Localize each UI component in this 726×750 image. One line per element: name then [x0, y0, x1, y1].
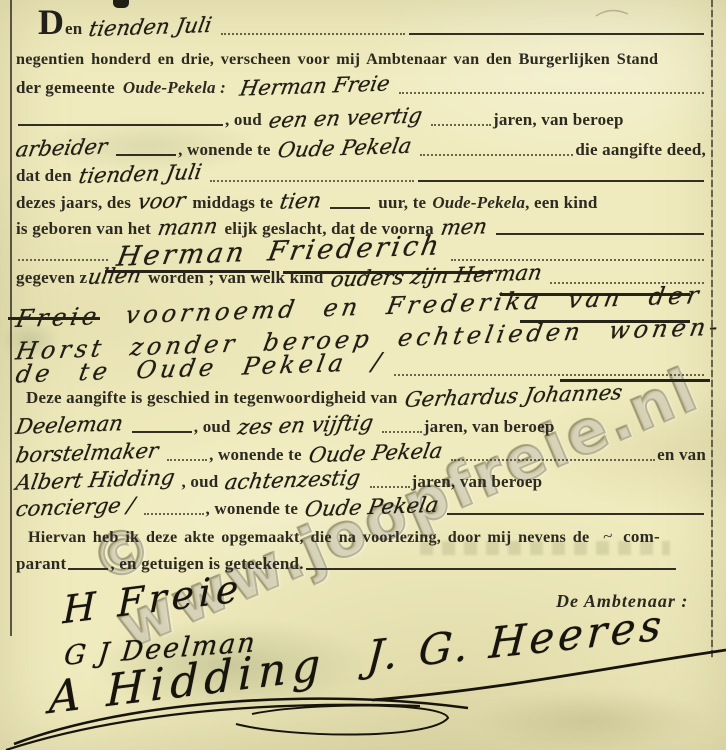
line-parents-4: de te Oude Pekela / [16, 356, 706, 380]
dotted-rule [431, 124, 491, 126]
printed-text: en van [657, 445, 706, 465]
line-year: negentien honderd en drie, verscheen voo… [16, 50, 706, 69]
pen-squiggle: ~ [601, 525, 615, 548]
dotted-rule [420, 154, 573, 156]
uur-handwriting: tien [278, 190, 323, 213]
line-witness1-beroep: borstelmaker , wonende te Oude Pekela en… [16, 443, 706, 465]
dotted-rule [394, 374, 704, 376]
line-age: , oud een en veertig jaren, van beroep [16, 108, 706, 130]
signature-declarant: H Freie [62, 569, 243, 630]
printed-text: Deze aangifte is geschied in tegenwoordi… [26, 388, 398, 408]
line-beroep: arbeider , wonende te Oude Pekela die aa… [16, 138, 706, 160]
printed-text: , wonende te [178, 140, 271, 160]
printed-text: dat den [16, 166, 72, 186]
printed-text: jaren, van beroep [412, 472, 543, 492]
witness1-names-handwriting: Gerhardus Johannes [403, 382, 624, 411]
gender-handwriting: mann [156, 216, 219, 239]
line-witness2: Albert Hidding , oud achtenzestig jaren,… [16, 470, 706, 492]
printed-text: worden ; van welk kind [148, 268, 323, 288]
witness1-plaats-handwriting: Oude Pekela [307, 441, 444, 467]
zullen-handwriting: ullen [86, 265, 143, 288]
printed-text: Hiervan heb ik deze akte opgemaakt, die … [28, 528, 589, 547]
printed-text: dezes jaars, des [16, 193, 131, 213]
dotted-rule [210, 180, 414, 182]
cropped-text-fragment [113, 0, 129, 8]
printed-text: com- [623, 527, 660, 547]
parents-handwriting: de te Oude Pekela / [14, 349, 387, 386]
printed-text: , oud [182, 472, 219, 492]
declarant-handwriting: Herman Freie [238, 73, 391, 99]
printed-text: , oud [194, 417, 231, 437]
solid-rule [447, 513, 704, 515]
date-handwriting: tienden Juli [88, 15, 214, 40]
printed-text: die aangifte deed, [575, 140, 706, 160]
paper-stain [470, 690, 710, 750]
birth-certificate-scan: © www.joopfreie.nl Den tienden Juli nege… [0, 0, 726, 750]
line-hour: dezes jaars, des voor middags te tien uu… [16, 191, 706, 213]
solid-rule [306, 568, 676, 570]
line-closing-2: parant , en getuigen is geteekend. [16, 554, 706, 574]
dotted-rule [451, 259, 704, 261]
witness2-name-handwriting: Albert Hidding [14, 467, 176, 494]
dotted-rule [18, 259, 108, 261]
line-witness-intro: Deze aangifte is geschied in tegenwoordi… [16, 386, 706, 408]
witness2-beroep-handwriting: concierge / [14, 495, 136, 520]
dotted-rule [451, 459, 655, 461]
den-label: en [65, 19, 82, 39]
witness1-beroep-handwriting: borstelmaker [14, 440, 160, 466]
birthdate-handwriting: tienden Juli [77, 162, 203, 187]
printed-text: , een kind [525, 193, 597, 213]
witness1-surname-handwriting: Deeleman [14, 413, 124, 438]
printed-text: gegeven z [16, 268, 87, 288]
voorna-handwriting: men [439, 216, 489, 239]
signature-ambtenaar: J. G. Heeres [365, 604, 666, 678]
printed-text: jaren, van beroep [493, 110, 624, 130]
witness1-age-handwriting: zes en vijftig [236, 413, 375, 439]
drop-cap-D: D [38, 12, 64, 32]
witness2-plaats-handwriting: Oude Pekela [303, 495, 440, 521]
dotted-rule [382, 431, 422, 433]
printed-text: , oud [225, 110, 262, 130]
place-name: Oude-Pekela [432, 193, 525, 213]
solid-rule [18, 124, 223, 126]
printed-text: is geboren van het [16, 219, 151, 239]
line-child-name: Herman Friederich [16, 238, 706, 265]
line-date: Den tienden Juli [16, 12, 706, 39]
solid-rule [330, 207, 370, 209]
gemeente-name: Oude-Pekela : [123, 78, 226, 98]
printed-text: jaren, van beroep [424, 417, 555, 437]
printed-text: negentien honderd en drie, verscheen voo… [16, 50, 658, 69]
dotted-rule [399, 92, 704, 94]
ouders-handwriting: ouders zijn Herman [329, 262, 543, 290]
age-handwriting: een en veertig [267, 105, 424, 131]
solid-rule [496, 233, 704, 235]
line-gemeente: der gemeente Oude-Pekela : Herman Freie [16, 76, 706, 98]
line-closing-1: Hiervan heb ik deze akte opgemaakt, die … [16, 526, 706, 547]
solid-rule [409, 33, 704, 35]
printed-text: parant [16, 554, 66, 574]
solid-rule [418, 180, 704, 182]
solid-rule [132, 431, 192, 433]
dotted-rule [370, 486, 410, 488]
dotted-rule [221, 33, 405, 35]
printed-text: middags te [192, 193, 273, 213]
dotted-rule [167, 459, 207, 461]
printed-text: uur, te [378, 193, 426, 213]
line-witness2-beroep: concierge / , wonende te Oude Pekela [16, 497, 706, 519]
dagdeel-handwriting: voor [136, 190, 187, 213]
woonplaats-handwriting: Oude Pekela [276, 136, 413, 162]
solid-rule [116, 154, 176, 156]
printed-text: , wonende te [209, 445, 302, 465]
line-parents-2: Freie voornoemd en Frederika van der [16, 295, 706, 319]
line-birthdate: dat den tienden Juli [16, 164, 706, 186]
beroep-handwriting: arbeider [14, 136, 109, 160]
witness2-age-handwriting: achtenzestig [224, 468, 363, 494]
line-witness1: Deeleman , oud zes en vijftig jaren, van… [16, 415, 706, 437]
printed-text: der gemeente [16, 78, 115, 98]
printed-text: , wonende te [206, 499, 299, 519]
emphasis-bar [8, 317, 100, 320]
dotted-rule [144, 513, 204, 515]
solid-rule [68, 568, 108, 570]
